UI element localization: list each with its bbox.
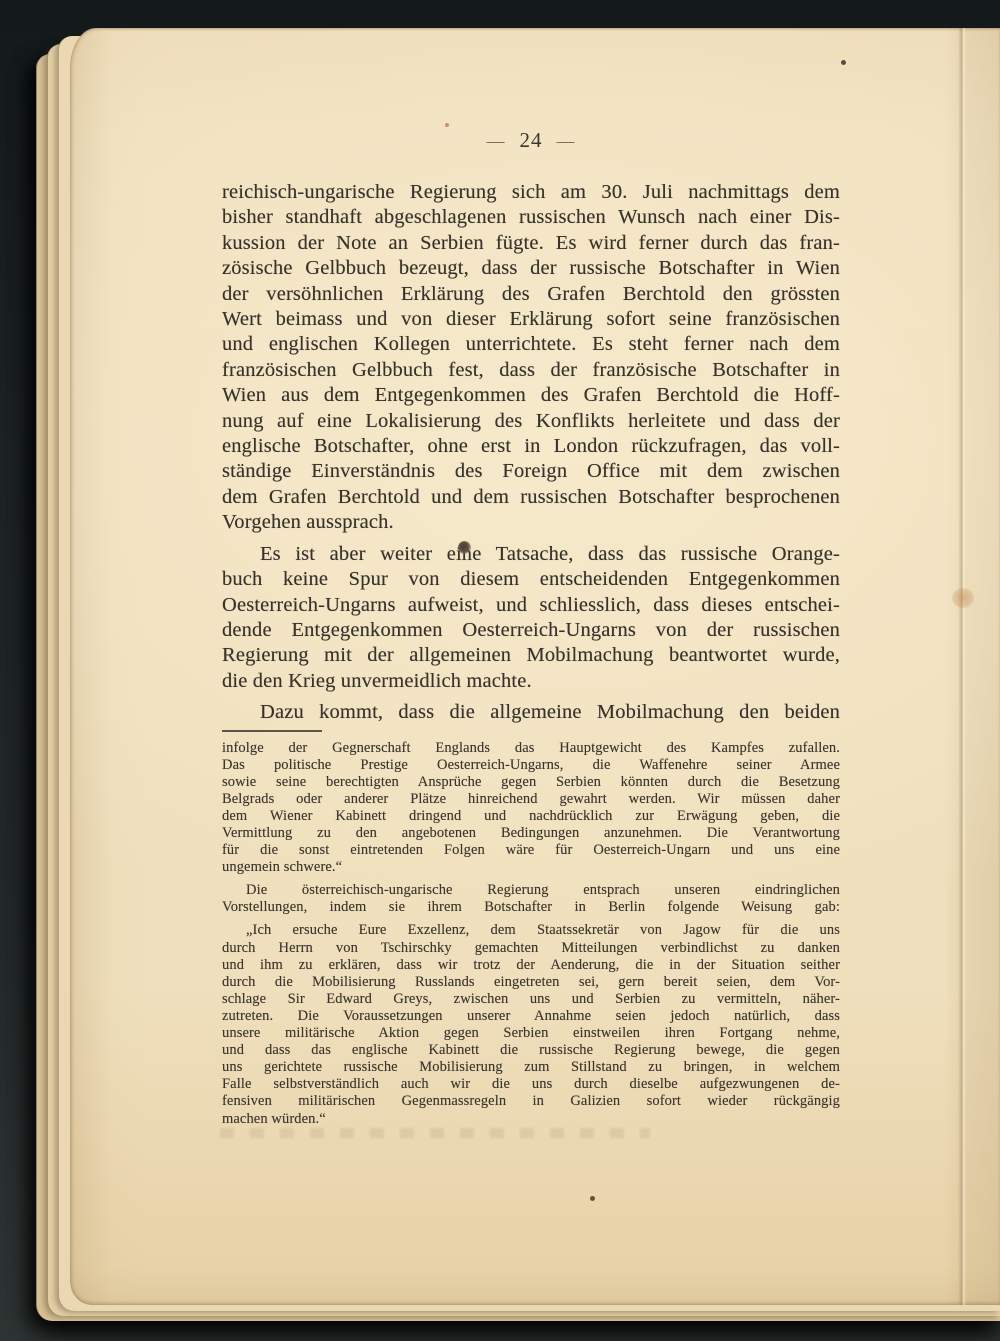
page-number: 24 (520, 128, 543, 152)
text-line: Wert beimass und von dieser Erklärung so… (222, 307, 840, 332)
text-line: uns gerichtete russische Mobilisierung z… (222, 1059, 840, 1076)
text-line: durch die Mobilisierung Russlands einget… (222, 974, 840, 991)
paragraph: reichisch-ungarische Regierung sich am 3… (222, 180, 840, 536)
text-line: dende Entgegenkommen Oesterreich-Ungarns… (222, 618, 840, 643)
text-line: machen würden.“ (222, 1111, 840, 1128)
text-line: reichisch-ungarische Regierung sich am 3… (222, 180, 840, 205)
text-line: und ihm zu erklären, dass wir trotz der … (222, 957, 840, 974)
text-line: und englischen Kollegen unterrichtete. E… (222, 332, 840, 357)
text-line: französischen Gelbbuch fest, dass der fr… (222, 358, 840, 383)
paper-speck (445, 123, 449, 127)
text-line: Vorgehen aussprach. (222, 510, 840, 535)
footnote-text: infolge der Gegnerschaft Englands das Ha… (222, 740, 840, 1128)
text-line: „Ich ersuche Eure Exzellenz, dem Staatss… (222, 922, 840, 939)
body-text: reichisch-ungarische Regierung sich am 3… (222, 180, 840, 726)
text-line: dem Grafen Berchtold und dem russischen … (222, 485, 840, 510)
text-line: Regierung mit der allgemeinen Mobilmachu… (222, 643, 840, 668)
scanned-book-photo: —24— reichisch-ungarische Regierung sich… (0, 0, 1000, 1341)
text-line: Vermittlung zu den angebotenen Bedingung… (222, 825, 840, 842)
ink-blot (458, 541, 471, 554)
text-line: für die sonst eintretenden Folgen wäre f… (222, 842, 840, 859)
header-dash-right: — (543, 131, 590, 151)
text-line: Falle selbstverständlich auch wir die un… (222, 1076, 840, 1093)
text-line: und dass das englische Kabinett die russ… (222, 1042, 840, 1059)
paper-speck (590, 1196, 595, 1201)
text-line: zutreten. Die Voraussetzungen unserer An… (222, 1008, 840, 1025)
text-line: englische Botschafter, ohne erst in Lond… (222, 434, 840, 459)
text-line: nung auf eine Lokalisierung des Konflikt… (222, 409, 840, 434)
text-line: ständige Einverständnis des Foreign Offi… (222, 459, 840, 484)
page-content: —24— reichisch-ungarische Regierung sich… (222, 28, 840, 1128)
paper-stain (952, 588, 974, 608)
text-line: buch keine Spur von diesem entscheidende… (222, 567, 840, 592)
text-line: Das politische Prestige Oesterreich-Unga… (222, 757, 840, 774)
paragraph: infolge der Gegnerschaft Englands das Ha… (222, 740, 840, 877)
footnote-separator (222, 730, 322, 732)
paragraph: Es ist aber weiter eine Tatsache, dass d… (222, 542, 840, 694)
text-line: ungemein schwere.“ (222, 859, 840, 876)
text-line: Wien aus dem Entgegenkommen des Grafen B… (222, 383, 840, 408)
text-line: schlage Sir Edward Greys, zwischen uns u… (222, 991, 840, 1008)
page-crease (958, 28, 966, 1305)
show-through-text (220, 1128, 650, 1138)
text-line: die den Krieg unvermeidlich machte. (222, 669, 840, 694)
paragraph: Die österreichisch-ungarische Regierung … (222, 882, 840, 916)
paper-speck (841, 60, 846, 65)
text-line: infolge der Gegnerschaft Englands das Ha… (222, 740, 840, 757)
text-line: Oesterreich-Ungarns aufweist, und schlie… (222, 593, 840, 618)
text-line: dem Wiener Kabinett dringend und nachdrü… (222, 808, 840, 825)
text-line: Dazu kommt, dass die allgemeine Mobilmac… (222, 700, 840, 725)
text-line: unsere militärische Aktion gegen Serbien… (222, 1025, 840, 1042)
text-line: Vorstellungen, indem sie ihrem Botschaft… (222, 899, 840, 916)
text-line: fensiven militärischen Gegenmassregeln i… (222, 1093, 840, 1110)
text-line: zösische Gelbbuch bezeugt, dass der russ… (222, 256, 840, 281)
text-line: durch Herrn von Tschirschky gemachten Mi… (222, 940, 840, 957)
paragraph: Dazu kommt, dass die allgemeine Mobilmac… (222, 700, 840, 725)
text-line: kussion der Note an Serbien fügte. Es wi… (222, 231, 840, 256)
paragraph: „Ich ersuche Eure Exzellenz, dem Staatss… (222, 922, 840, 1127)
page-number-header: —24— (222, 128, 840, 154)
text-line: sowie seine berechtigten Ansprüche gegen… (222, 774, 840, 791)
text-line: Die österreichisch-ungarische Regierung … (222, 882, 840, 899)
header-dash-left: — (473, 131, 520, 151)
text-line: der versöhnlichen Erklärung des Grafen B… (222, 282, 840, 307)
text-line: Belgrads oder anderer Plätze hinreichend… (222, 791, 840, 808)
book-page: —24— reichisch-ungarische Regierung sich… (70, 28, 1000, 1305)
text-line: bisher standhaft abgeschlagenen russisch… (222, 205, 840, 230)
text-line: Es ist aber weiter eine Tatsache, dass d… (222, 542, 840, 567)
